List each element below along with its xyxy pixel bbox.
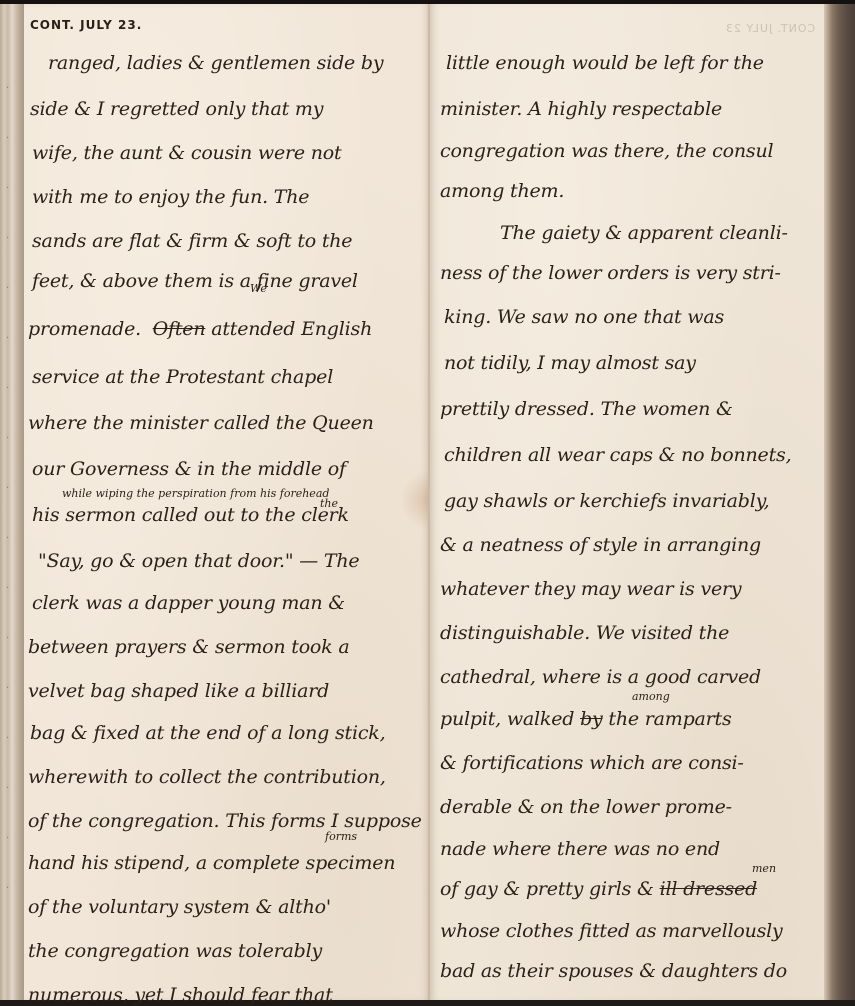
- manuscript-line: derable & on the lower prome-: [440, 796, 732, 818]
- manuscript-line: prettily dressed. The women &: [440, 398, 733, 420]
- manuscript-line: feet, & above them is a fine gravel: [32, 270, 358, 292]
- manuscript-line: among them.: [440, 180, 564, 202]
- manuscript-line: children all wear caps & no bonnets,: [444, 444, 791, 466]
- left-page-edges: ·················: [0, 4, 24, 1000]
- manuscript-line: with me to enjoy the fun. The: [32, 186, 309, 208]
- interlinear-insertion: men: [752, 862, 776, 875]
- interlinear-insertion: forms: [325, 830, 357, 843]
- interlinear-insertion: among: [632, 690, 670, 703]
- manuscript-line: wherewith to collect the contribution,: [28, 766, 386, 788]
- manuscript-line: ranged, ladies & gentlemen side by: [48, 52, 383, 74]
- interlinear-insertion: while wiping the perspiration from his f…: [62, 487, 329, 500]
- manuscript-line: promenade. Often attended English: [28, 318, 372, 340]
- manuscript-line: bag & fixed at the end of a long stick,: [30, 722, 385, 744]
- manuscript-line: ness of the lower orders is very stri-: [440, 262, 781, 284]
- manuscript-line: not tidily, I may almost say: [444, 352, 696, 374]
- manuscript-line: our Governess & in the middle of: [32, 458, 346, 480]
- manuscript-line: congregation was there, the consul: [440, 140, 773, 162]
- manuscript-line: & a neatness of style in arranging: [440, 534, 761, 556]
- book-right-edge: [824, 4, 855, 1000]
- manuscript-line: the congregation was tolerably: [28, 940, 322, 962]
- manuscript-line: nade where there was no end: [440, 838, 720, 860]
- manuscript-line: numerous, yet I should fear that: [28, 984, 333, 1000]
- manuscript-line: & fortifications which are consi-: [440, 752, 744, 774]
- journal-date-header: CONT. JULY 23.: [30, 18, 142, 32]
- manuscript-line: clerk was a dapper young man &: [32, 592, 345, 614]
- manuscript-line: pulpit, walked by the ramparts: [440, 708, 732, 730]
- manuscript-line: king. We saw no one that was: [444, 306, 724, 328]
- manuscript-line: sands are flat & firm & soft to the: [32, 230, 352, 252]
- manuscript-line: minister. A highly respectable: [440, 98, 722, 120]
- manuscript-line: cathedral, where is a good carved: [440, 666, 761, 688]
- manuscript-line: gay shawls or kerchiefs invariably,: [444, 490, 769, 512]
- manuscript-line: side & I regretted only that my: [30, 98, 323, 120]
- manuscript-text: of gay & pretty girls &: [440, 878, 660, 900]
- manuscript-line: of gay & pretty girls & ill dressed: [440, 878, 757, 900]
- manuscript-line: whose clothes fitted as marvellously: [440, 920, 783, 942]
- edge-ink-marks: ·················: [6, 64, 12, 964]
- manuscript-line: service at the Protestant chapel: [32, 366, 333, 388]
- manuscript-line: of the congregation. This forms I suppos…: [28, 810, 422, 832]
- manuscript-line: little enough would be left for the: [446, 52, 764, 74]
- manuscript-line: velvet bag shaped like a billiard: [28, 680, 329, 702]
- manuscript-line: where the minister called the Queen: [28, 412, 374, 434]
- manuscript-line: his sermon called out to the clerk: [32, 504, 349, 526]
- struck-word: Often: [153, 318, 206, 340]
- manuscript-line: between prayers & sermon took a: [28, 636, 349, 658]
- manuscript-text: the ramparts: [603, 708, 732, 730]
- manuscript-line: The gaiety & apparent cleanli-: [500, 222, 788, 244]
- bleed-through-header: CONT. JULY 23: [725, 22, 815, 35]
- manuscript-line: of the voluntary system & altho': [28, 896, 331, 918]
- struck-word: ill dressed: [660, 878, 757, 900]
- interlinear-insertion: We: [250, 282, 267, 295]
- manuscript-line: whatever they may wear is very: [440, 578, 741, 600]
- struck-word: by: [580, 708, 603, 730]
- manuscript-line: hand his stipend, a complete specimen: [28, 852, 395, 874]
- manuscript-line: wife, the aunt & cousin were not: [32, 142, 341, 164]
- manuscript-text: pulpit, walked: [440, 708, 580, 730]
- manuscript-text: attended English: [205, 318, 372, 340]
- manuscript-line: bad as their spouses & daughters do: [440, 960, 787, 982]
- manuscript-line: distinguishable. We visited the: [440, 622, 729, 644]
- journal-spread: ················· CONT. JULY 23. ranged,…: [0, 0, 855, 1000]
- manuscript-line: "Say, go & open that door." — The: [38, 550, 359, 572]
- manuscript-text: promenade.: [28, 318, 153, 340]
